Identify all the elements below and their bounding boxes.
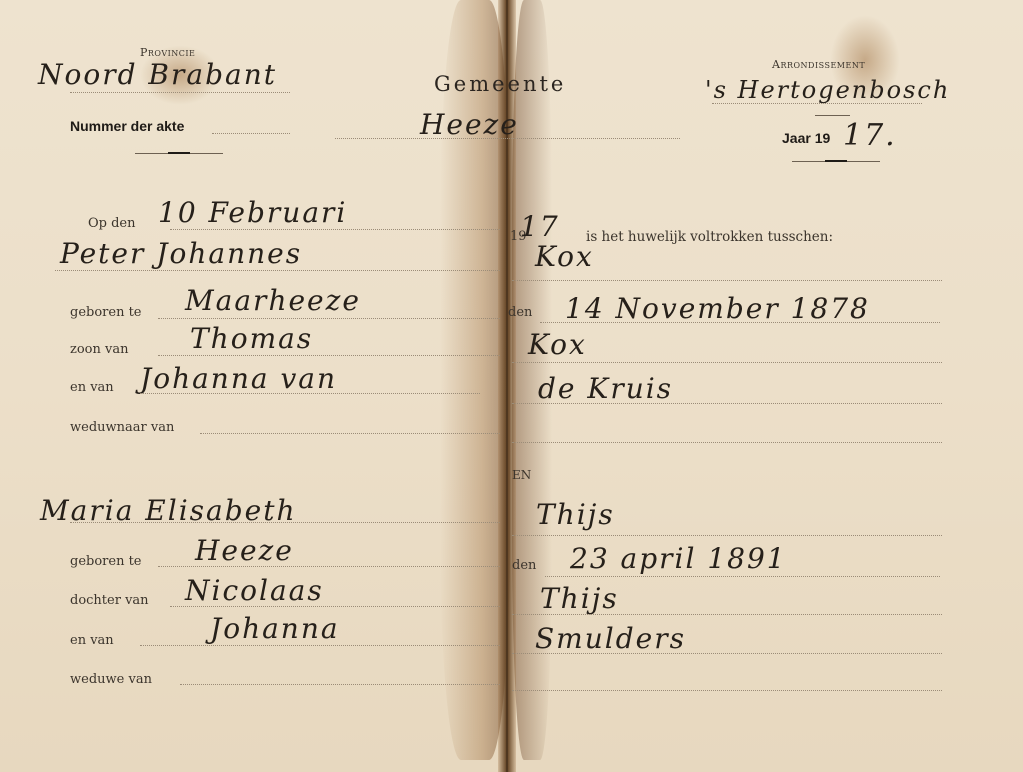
dotted-line [335, 138, 680, 139]
dotted-line [512, 653, 942, 654]
bride-mother-surname: Smulders [535, 622, 686, 655]
groom-den-label: den [508, 305, 532, 320]
dotted-line [158, 318, 500, 319]
dotted-line [70, 92, 290, 93]
dotted-line [140, 645, 500, 646]
bride-birthplace: Heeze [195, 534, 294, 567]
dotted-line [158, 566, 500, 567]
jaar-label: Jaar 19 [782, 130, 830, 146]
groom-geboren-te-label: geboren te [70, 305, 142, 320]
dotted-line [512, 280, 942, 281]
bride-den-label: den [512, 558, 536, 573]
dotted-line [140, 393, 480, 394]
dotted-line [212, 133, 290, 134]
arrondissement-label: Arrondissement [772, 58, 865, 71]
groom-en-van-label: en van [70, 380, 114, 395]
rule-dash [825, 160, 847, 162]
groom-zoon-van-label: zoon van [70, 342, 128, 357]
arrondissement-value: 's Hertogenbosch [705, 76, 950, 104]
bride-father-surname: Thijs [540, 582, 619, 615]
groom-birthplace: Maarheeze [185, 284, 361, 317]
groom-surname: Kox [535, 240, 594, 273]
gemeente-value: Heeze [420, 108, 519, 141]
bride-dochter-van-label: dochter van [70, 593, 149, 608]
bride-en-van-label: en van [70, 633, 114, 648]
dotted-line [170, 606, 500, 607]
dotted-line [170, 229, 500, 230]
dotted-line [200, 433, 500, 434]
dotted-line [512, 690, 942, 691]
jaar-value: 17. [843, 118, 897, 153]
marriage-year: 17 [520, 210, 560, 243]
bride-mother-given: Johanna [210, 612, 340, 645]
weduwnaar-van-label: weduwnaar van [70, 420, 174, 435]
nummer-der-akte-label: Nummer der akte [70, 118, 184, 134]
gemeente-label: Gemeente [434, 72, 566, 96]
groom-father-surname: Kox [528, 328, 587, 361]
bride-surname: Thijs [536, 498, 615, 531]
dotted-line [55, 270, 500, 271]
op-den-label: Op den [88, 216, 136, 231]
marriage-statement: is het huwelijk voltrokken tusschen: [586, 229, 833, 245]
groom-given-names: Peter Johannes [60, 237, 302, 270]
groom-mother-surname: de Kruis [538, 372, 673, 405]
marriage-date: 10 Februari [158, 196, 347, 229]
bride-geboren-te-label: geboren te [70, 554, 142, 569]
dotted-line [512, 614, 942, 615]
rule [815, 115, 850, 116]
weduwe-van-label: weduwe van [70, 672, 152, 687]
dotted-line [512, 362, 942, 363]
provincie-value: Noord Brabant [38, 58, 277, 91]
dotted-line [158, 355, 500, 356]
dotted-line [545, 576, 940, 577]
dotted-line [540, 322, 940, 323]
bride-father-given: Nicolaas [185, 574, 324, 607]
groom-mother-given: Johanna van [140, 362, 337, 395]
bride-birthdate: 23 april 1891 [570, 542, 787, 575]
dotted-line [512, 403, 942, 404]
dotted-line [512, 535, 942, 536]
dotted-line [70, 522, 500, 523]
dotted-line [180, 684, 500, 685]
groom-birthdate: 14 November 1878 [565, 292, 870, 325]
dotted-line [512, 442, 942, 443]
dotted-line [712, 103, 922, 104]
groom-father-given: Thomas [190, 322, 313, 355]
rule-dash [168, 152, 190, 154]
en-separator: EN [512, 468, 531, 482]
